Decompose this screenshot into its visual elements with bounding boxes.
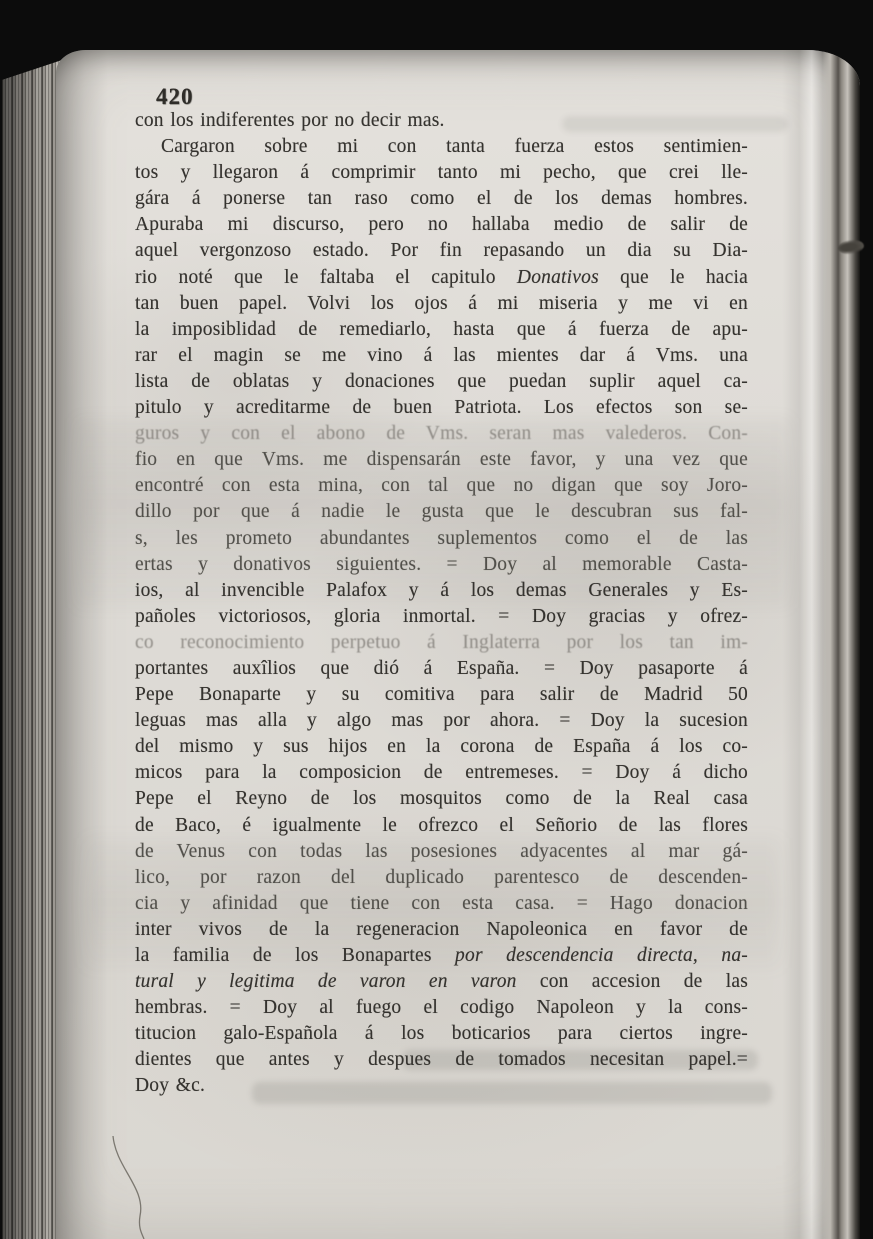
text-line: tos y llegaron á comprimir tanto mi pech… — [135, 160, 748, 186]
text-line: Apuraba mi discurso, pero no hallaba med… — [135, 212, 748, 238]
text-line: co reconocimiento perpetuo á Inglaterra … — [135, 630, 748, 656]
text-line: cia y afinidad que tiene con esta casa. … — [135, 891, 748, 917]
text-line: pañoles victoriosos, gloria inmortal. = … — [135, 604, 748, 630]
text-line: tural y legitima de varon en varon con a… — [135, 969, 748, 995]
text-line: titucion galo-Española á los boticarios … — [135, 1021, 748, 1047]
text-line: micos para la composicion de entremeses.… — [135, 760, 748, 786]
text-line: con los indiferentes por no decir mas. — [135, 108, 748, 134]
text-block: con los indiferentes por no decir mas.Ca… — [135, 108, 748, 1100]
text-line: lista de oblatas y donaciones que puedan… — [135, 369, 748, 395]
text-line: del mismo y sus hijos en la corona de Es… — [135, 734, 748, 760]
text-line: de Venus con todas las posesiones adyace… — [135, 839, 748, 865]
text-line: rar el magin se me vino á las mientes da… — [135, 343, 748, 369]
text-line: dillo por que á nadie le gusta que le de… — [135, 499, 748, 525]
text-line: portantes auxîlios que dió á España. = D… — [135, 656, 748, 682]
fore-edge — [782, 50, 860, 1239]
text-line: ertas y donativos siguientes. = Doy al m… — [135, 552, 748, 578]
text-line: la familia de los Bonapartes por descend… — [135, 943, 748, 969]
text-line: encontré con esta mina, con tal que no d… — [135, 473, 748, 499]
gutter-shadow — [56, 50, 108, 1239]
text-line: dientes que antes y despues de tomados n… — [135, 1047, 748, 1073]
text-line: la imposiblidad de remediarlo, hasta que… — [135, 317, 748, 343]
book-photo: 420 con los indiferentes por no decir ma… — [0, 0, 873, 1239]
text-line: gára á ponerse tan raso como el de los d… — [135, 186, 748, 212]
book-page: 420 con los indiferentes por no decir ma… — [56, 50, 860, 1239]
page-number: 420 — [156, 84, 194, 110]
text-line: Pepe el Reyno de los mosquitos como de l… — [135, 786, 748, 812]
text-line: ios, al invencible Palafox y á los demas… — [135, 578, 748, 604]
text-line: Pepe Bonaparte y su comitiva para salir … — [135, 682, 748, 708]
text-line: de Baco, é igualmente le ofrezco el Seño… — [135, 813, 748, 839]
text-line: hembras. = Doy al fuego el codigo Napole… — [135, 995, 748, 1021]
text-line: s, les prometo abundantes suplementos co… — [135, 526, 748, 552]
text-line: guros y con el abono de Vms. seran mas v… — [135, 421, 748, 447]
text-line: leguas mas alla y algo mas por ahora. = … — [135, 708, 748, 734]
text-line: fio en que Vms. me dispensarán este favo… — [135, 447, 748, 473]
text-line: inter vivos de la regeneracion Napoleoni… — [135, 917, 748, 943]
text-line: Doy &c. — [135, 1073, 748, 1099]
text-line: pitulo y acreditarme de buen Patriota. L… — [135, 395, 748, 421]
text-line: lico, por razon del duplicado parentesco… — [135, 865, 748, 891]
text-line: tan buen papel. Volvi los ojos á mi mise… — [135, 291, 748, 317]
text-line: Cargaron sobre mi con tanta fuerza estos… — [135, 134, 748, 160]
text-line: rio noté que le faltaba el capitulo Dona… — [135, 265, 748, 291]
text-line: aquel vergonzoso estado. Por fin repasan… — [135, 238, 748, 264]
